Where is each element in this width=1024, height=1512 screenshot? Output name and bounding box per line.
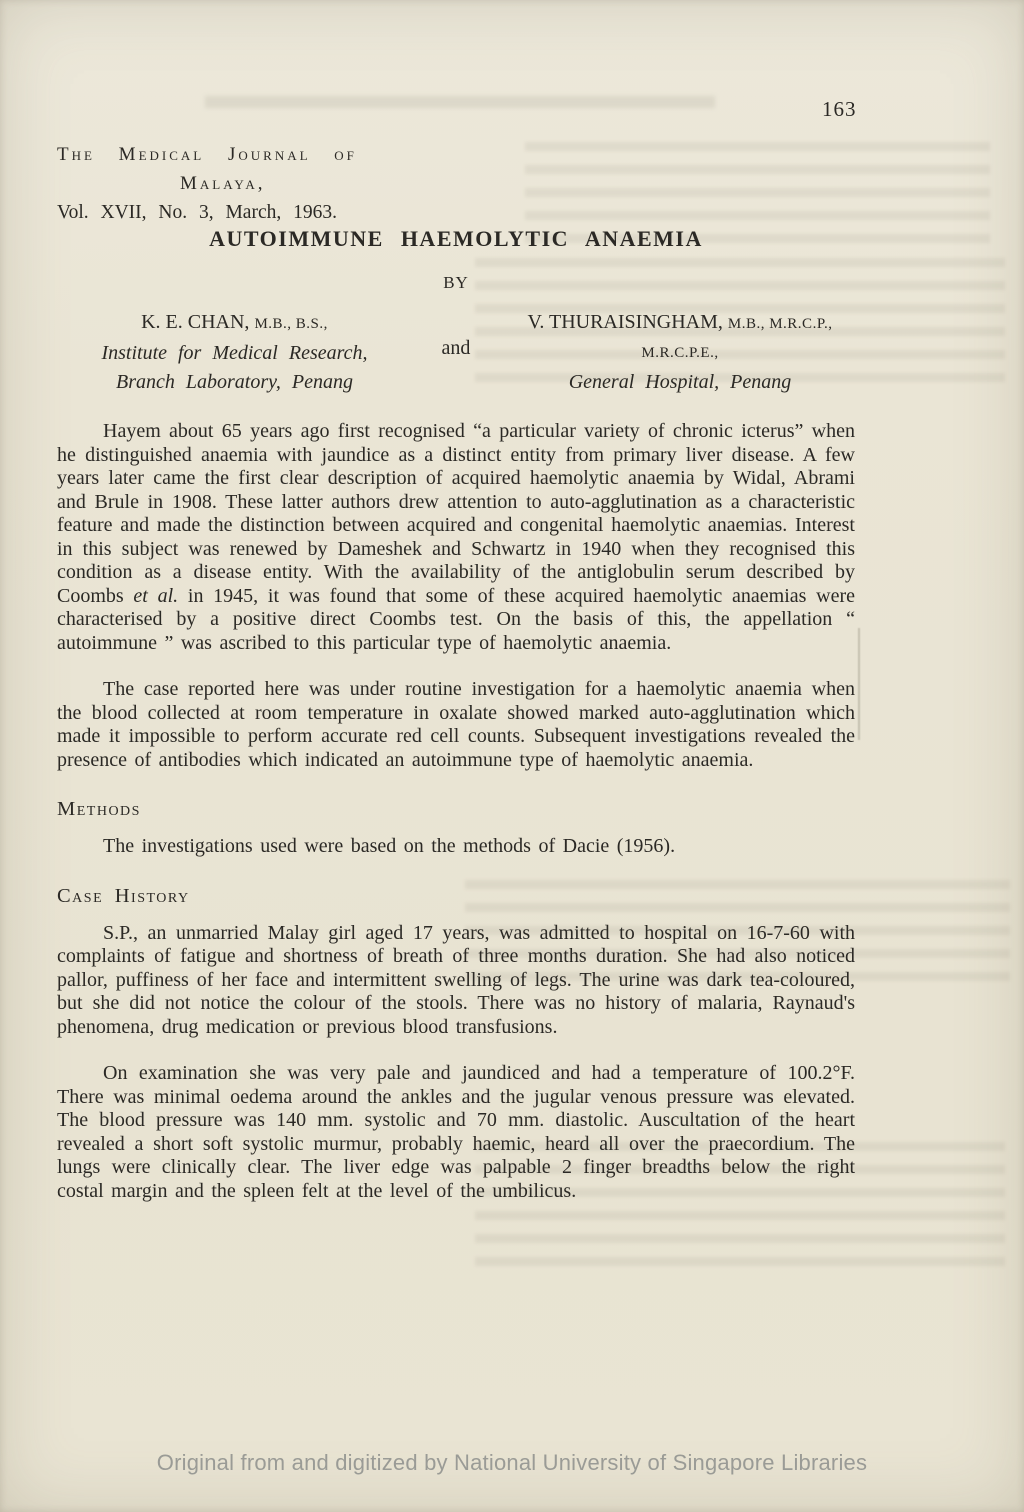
page-number: 163 xyxy=(822,97,857,122)
author-right-affiliation-1: General Hospital, Penang xyxy=(505,368,855,397)
author-left: K. E. CHAN, M.B., B.S., Institute for Me… xyxy=(62,308,407,397)
author-left-name-line: K. E. CHAN, M.B., B.S., xyxy=(62,308,407,339)
author-right-degrees: M.B., M.R.C.P., xyxy=(728,316,833,332)
author-right: V. THURAISINGHAM, M.B., M.R.C.P., M.R.C.… xyxy=(505,308,855,397)
author-right-name: V. THURAISINGHAM, xyxy=(527,311,722,333)
intro-paragraph-2: The case reported here was under routine… xyxy=(57,678,855,772)
article-body: AUTOIMMUNE HAEMOLYTIC ANAEMIA BY K. E. C… xyxy=(57,226,855,1203)
intro-paragraph-1-text: Hayem about 65 years ago first recognise… xyxy=(57,420,855,607)
author-left-affiliation-1: Institute for Medical Research, xyxy=(62,339,407,368)
byline: BY xyxy=(57,273,855,293)
author-left-degrees: M.B., B.S., xyxy=(254,316,327,332)
author-left-affiliation-2: Branch Laboratory, Penang xyxy=(62,368,407,397)
volume-issue-date: Vol. XVII, No. 3, March, 1963. xyxy=(57,198,577,227)
author-left-name: K. E. CHAN, xyxy=(141,311,249,333)
journal-masthead: The Medical Journal of Malaya, Vol. XVII… xyxy=(57,140,577,227)
bleedthrough-title-bar xyxy=(205,96,715,108)
methods-paragraph: The investigations used were based on th… xyxy=(57,835,855,859)
intro-paragraph-1-etal: et al. xyxy=(133,585,178,607)
intro-paragraph-1: Hayem about 65 years ago first recognise… xyxy=(57,420,855,655)
journal-name-line2: Malaya, xyxy=(57,169,577,198)
case-history-paragraph-1: S.P., an unmarried Malay girl aged 17 ye… xyxy=(57,922,855,1040)
digitization-attribution: Original from and digitized by National … xyxy=(0,1450,1024,1476)
author-right-name-line: V. THURAISINGHAM, M.B., M.R.C.P., xyxy=(505,308,855,339)
case-history-heading: Case History xyxy=(57,885,855,908)
right-margin-crease xyxy=(858,628,860,740)
author-conjunction: and xyxy=(426,308,486,360)
article-title: AUTOIMMUNE HAEMOLYTIC ANAEMIA xyxy=(57,226,855,252)
methods-heading: Methods xyxy=(57,798,855,821)
case-history-paragraph-2: On examination she was very pale and jau… xyxy=(57,1062,855,1203)
journal-name-line: The Medical Journal of xyxy=(57,140,577,169)
author-block: K. E. CHAN, M.B., B.S., Institute for Me… xyxy=(57,308,855,397)
author-right-degrees-2: M.R.C.P.E., xyxy=(505,339,855,368)
scanned-journal-page: 163 The Medical Journal of Malaya, Vol. … xyxy=(0,0,1024,1512)
